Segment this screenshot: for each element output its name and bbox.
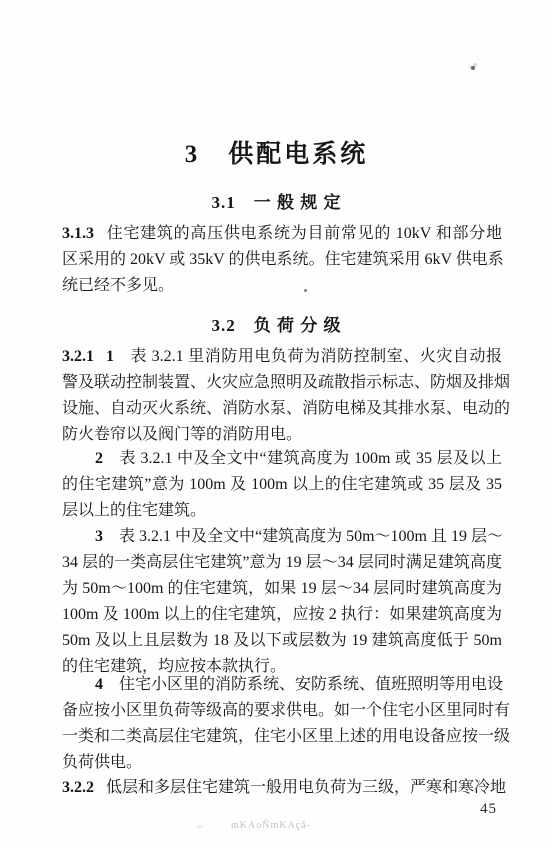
clause-number: 3.2.1	[62, 348, 94, 365]
item-number: 4	[95, 676, 103, 693]
section-heading-3-2: 3.2 负 荷 分 级	[0, 311, 553, 336]
chapter-title: 3 供配电系统	[0, 134, 553, 170]
clause-text: 住宅小区里的消防系统、安防系统、值班照明等用电设	[119, 676, 503, 693]
clause-text: 表 3.2.1 中及全文中“建筑高度为 100m 或 35 层及以上	[119, 450, 502, 467]
text-line: 统已经不多见。	[62, 273, 502, 299]
text-line: 备应按小区里负荷等级高的要求供电。如一个住宅小区里同时有	[62, 698, 502, 724]
text-line: 3.2.2低层和多层住宅建筑一般用电负荷为三级，严寒和寒冷地	[62, 775, 502, 801]
text-line: 设施、自动灭火系统、消防水泵、消防电梯及其排水泵、电动的	[62, 396, 502, 422]
text-line: 3.2.11表 3.2.1 里消防用电负荷为消防控制室、火灾自动报	[62, 344, 502, 370]
text-line: 100m 及 100m 以上的住宅建筑，应按 2 执行：如果建筑高度为	[62, 602, 502, 628]
page-number: 45	[480, 801, 497, 818]
item-number: 1	[106, 348, 114, 365]
text-line: 34 层的一类高层住宅建筑”意为 19 层～34 层同时满足建筑高度	[62, 550, 502, 576]
text-line: 2表 3.2.1 中及全文中“建筑高度为 100m 或 35 层及以上	[62, 446, 502, 472]
item-number: 3	[95, 528, 103, 545]
clause-text: 低层和多层住宅建筑一般用电负荷为三级，严寒和寒冷地	[106, 779, 506, 796]
text-line: 负荷供电。	[62, 750, 502, 776]
clause-text: 表 3.2.1 中及全文中“建筑高度为 50m～100m 且 19 层～	[119, 528, 503, 545]
clause-3-2-1-item-2: 2表 3.2.1 中及全文中“建筑高度为 100m 或 35 层及以上 的住宅建…	[62, 446, 502, 524]
text-line: 3表 3.2.1 中及全文中“建筑高度为 50m～100m 且 19 层～	[62, 524, 502, 550]
text-line: 区采用的 20kV 或 35kV 的供电系统。住宅建筑采用 6kV 供电系	[62, 247, 502, 273]
text-line: 防火卷帘以及阀门等的消防用电。	[62, 422, 502, 448]
section-heading-3-1: 3.1 一 般 规 定	[0, 188, 553, 213]
clause-number: 3.1.3	[62, 225, 94, 242]
text-line: 为 50m～100m 的住宅建筑，如果 19 层～34 层同时建筑高度为	[62, 576, 502, 602]
item-number: 2	[95, 450, 103, 467]
text-line: 4住宅小区里的消防系统、安防系统、值班照明等用电设	[62, 672, 502, 698]
clause-3-1-3: 3.1.3住宅建筑的高压供电系统为目前常见的 10kV 和部分地 区采用的 20…	[62, 221, 502, 299]
clause-number: 3.2.2	[62, 779, 94, 796]
watermark: mKAoÑmKAçā-	[231, 820, 311, 831]
watermark-dash: =	[197, 822, 203, 833]
text-line: 一类和二类高层住宅建筑，住宅小区里上述的用电设备应按一级	[62, 724, 502, 750]
scan-speck	[471, 66, 475, 70]
clause-3-2-1: 3.2.11表 3.2.1 里消防用电负荷为消防控制室、火灾自动报 警及联动控制…	[62, 344, 502, 448]
text-line: 警及联动控制装置、火灾应急照明及疏散指示标志、防烟及排烟	[62, 370, 502, 396]
clause-text: 表 3.2.1 里消防用电负荷为消防控制室、火灾自动报	[130, 348, 502, 365]
clause-text: 住宅建筑的高压供电系统为目前常见的 10kV 和部分地	[106, 225, 502, 242]
scanned-document-page: 3 供配电系统 3.1 一 般 规 定 3.1.3住宅建筑的高压供电系统为目前常…	[0, 0, 553, 850]
clause-3-2-1-item-4: 4住宅小区里的消防系统、安防系统、值班照明等用电设 备应按小区里负荷等级高的要求…	[62, 672, 502, 776]
text-line: 3.1.3住宅建筑的高压供电系统为目前常见的 10kV 和部分地	[62, 221, 502, 247]
text-line: 层以上的住宅建筑。	[62, 498, 502, 524]
text-line: 50m 及以上且层数为 18 及以下或层数为 19 建筑高度低于 50m	[62, 628, 502, 654]
clause-3-2-1-item-3: 3表 3.2.1 中及全文中“建筑高度为 50m～100m 且 19 层～ 34…	[62, 524, 502, 680]
text-line: 的住宅建筑”意为 100m 及 100m 以上的住宅建筑或 35 层及 35	[62, 472, 502, 498]
clause-3-2-2: 3.2.2低层和多层住宅建筑一般用电负荷为三级，严寒和寒冷地	[62, 775, 502, 801]
